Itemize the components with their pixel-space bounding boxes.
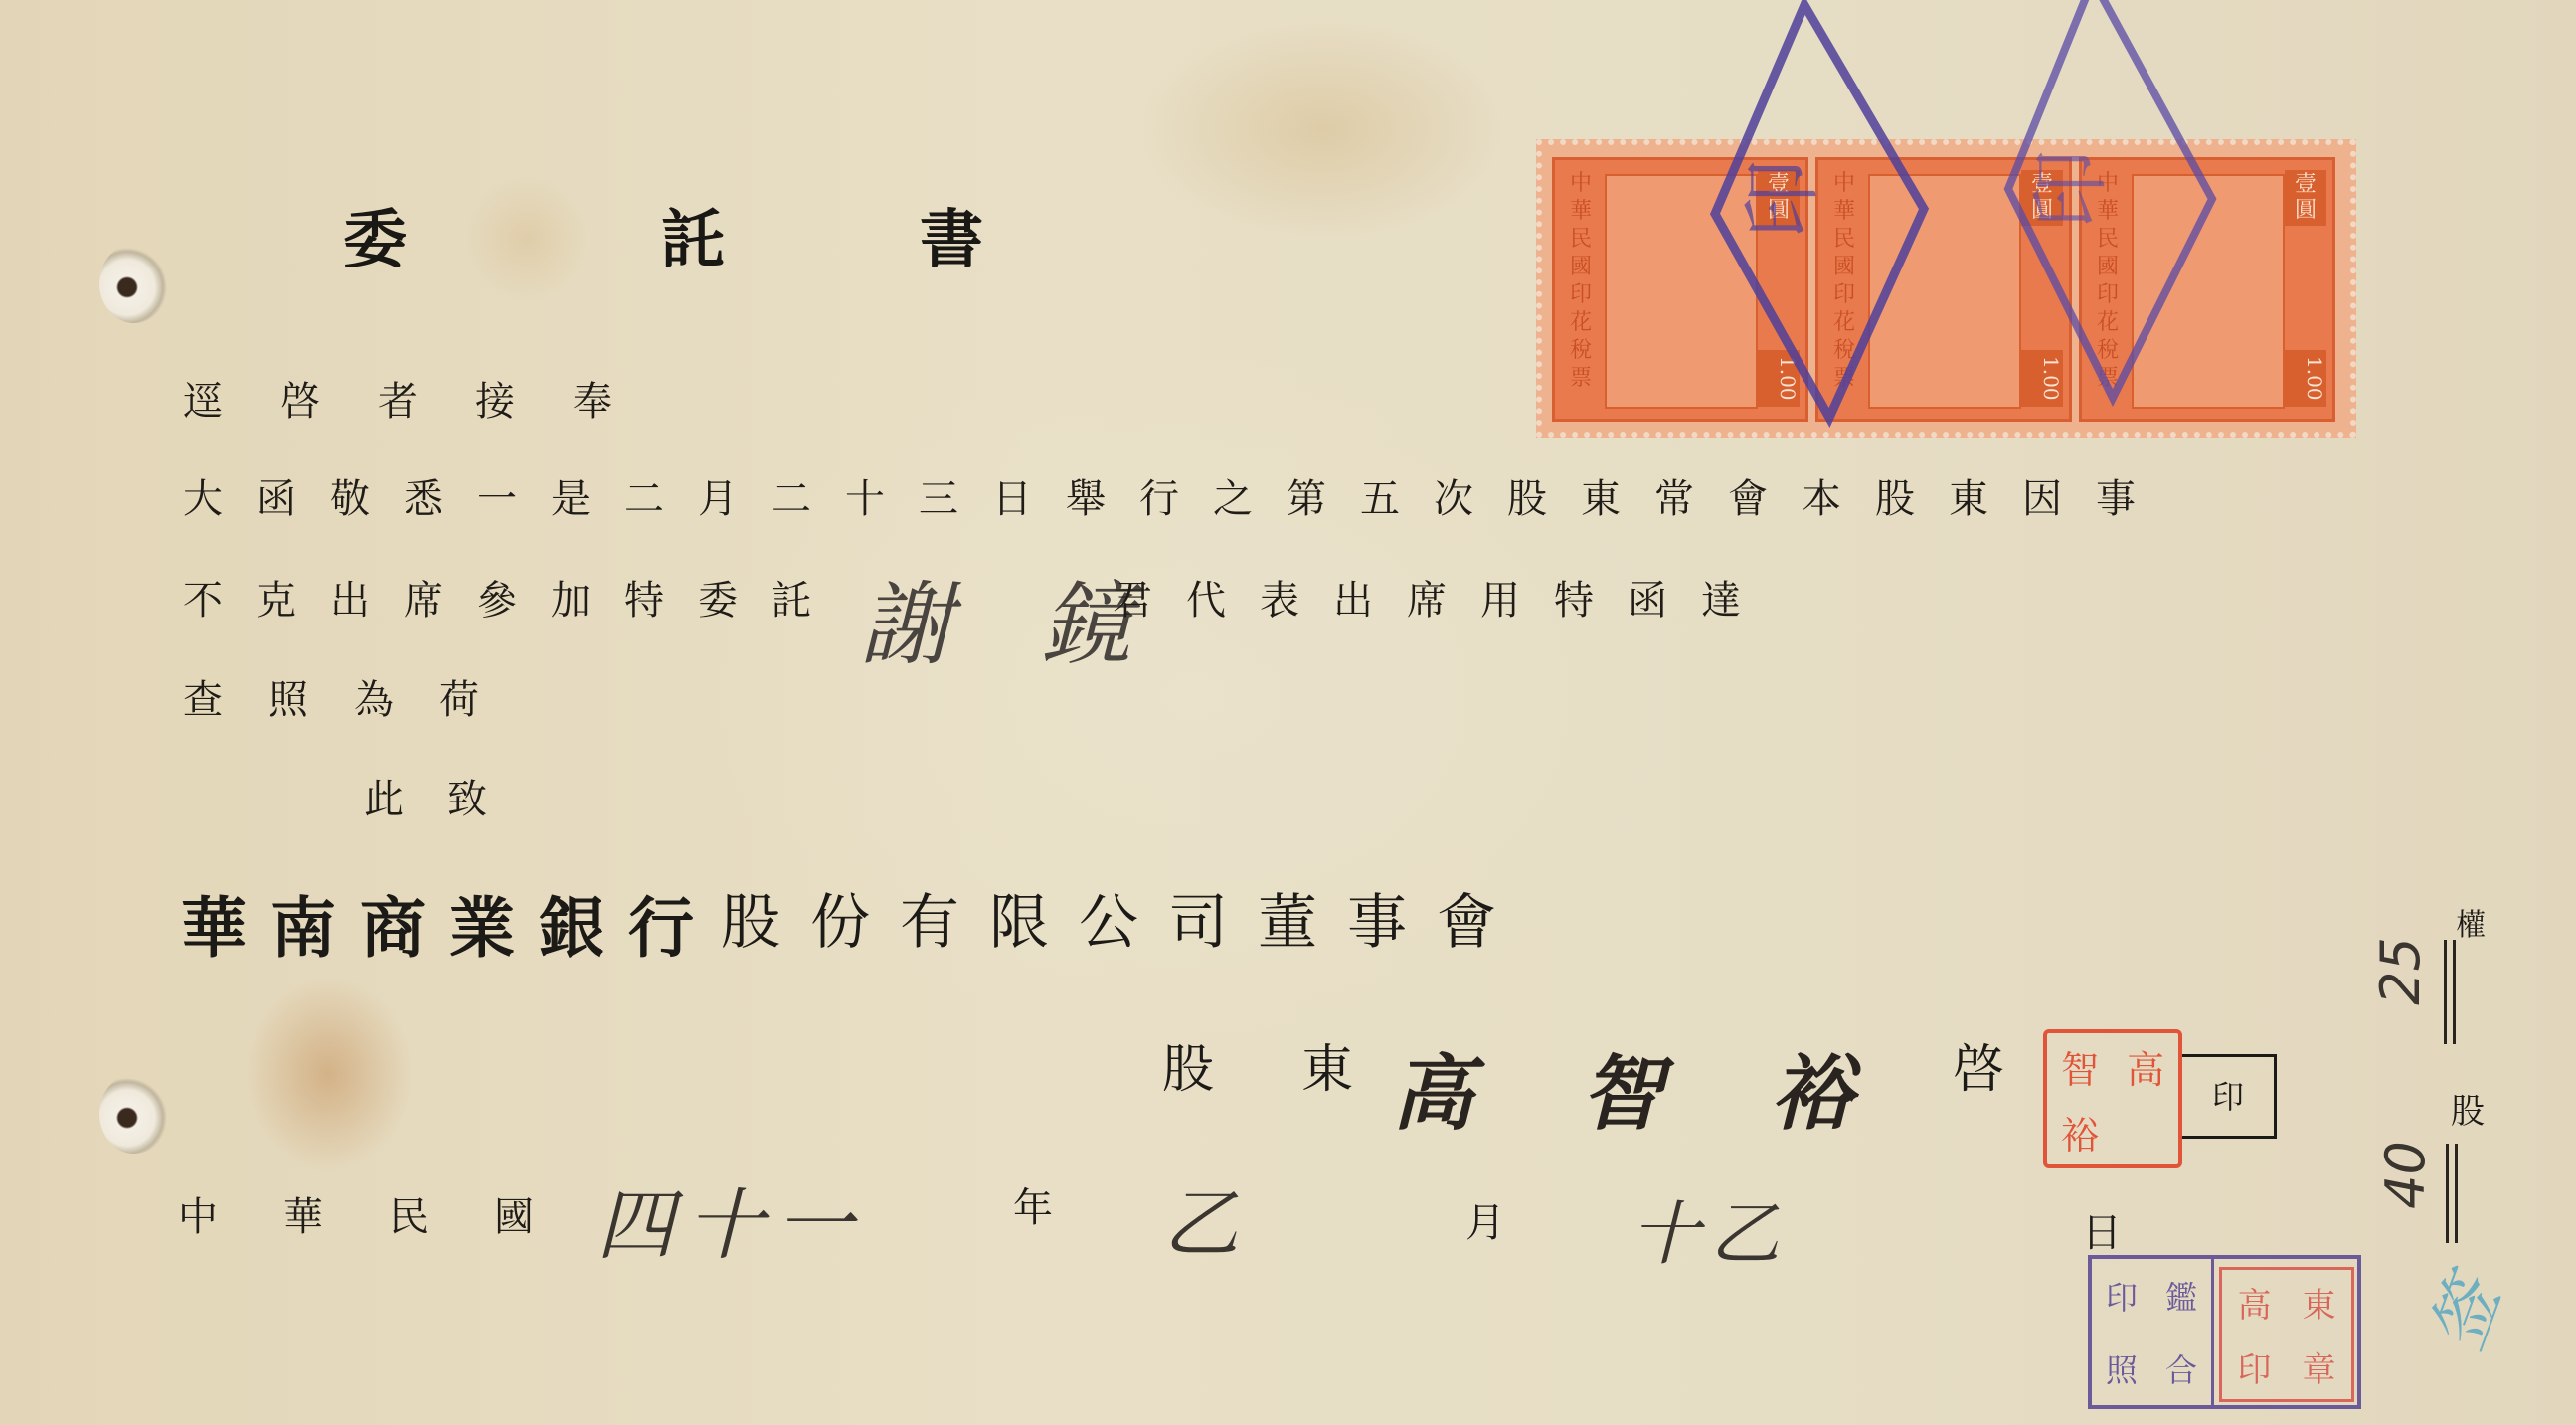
- text-char: 席: [400, 569, 447, 625]
- text-char: 奉: [569, 370, 616, 427]
- text-char: 公: [1064, 875, 1153, 970]
- text-char: 出: [1329, 569, 1377, 625]
- text-char: 華: [279, 1185, 327, 1242]
- month-handwritten: 乙: [1163, 1163, 1239, 1272]
- text-char: 一: [473, 467, 521, 524]
- body-line-2: 大 函 敬 悉 一 是 二 月 二 十 三 日 舉 行 之 第 五 次 股 東 …: [179, 467, 2140, 524]
- text-char: 事: [2092, 467, 2140, 524]
- text-char: 有: [885, 875, 974, 970]
- text-char: 表: [1256, 569, 1303, 625]
- text-char: 達: [1697, 569, 1745, 625]
- text-char: 荷: [435, 668, 483, 725]
- seal-verification-stamp: 印 鑑 照 合 高 東 印 章: [2088, 1255, 2361, 1409]
- text-char: 十: [841, 467, 889, 524]
- stamp-char: 照: [2106, 1345, 2138, 1391]
- text-char: 者: [374, 370, 422, 427]
- text-char: 特: [1550, 569, 1598, 625]
- body-line-4: 查 照 為 荷: [179, 668, 483, 725]
- text-char: 股: [706, 875, 795, 970]
- signatory-name-handwritten: 高 智 裕: [1392, 1029, 1892, 1146]
- verification-red-seal: 高 東 印 章: [2219, 1267, 2354, 1402]
- text-char: 行: [616, 875, 706, 970]
- svg-text:印: 印: [1736, 159, 1828, 239]
- strike-mark: [2446, 1144, 2458, 1243]
- text-char: 函: [1624, 569, 1671, 625]
- closing-char: 啓: [1949, 1044, 2008, 1096]
- year-label: 年: [1009, 1188, 1057, 1228]
- text-char: 逕: [179, 370, 227, 427]
- seal-char: 印: [2238, 1342, 2272, 1391]
- text-char: 為: [350, 668, 398, 725]
- body-line-3b: 君 代 表 出 席 用 特 函 達: [1109, 569, 1745, 625]
- day-handwritten: 十乙: [1631, 1178, 1790, 1279]
- stamp-issuer-text: 中華民國印花稅票: [1563, 170, 1599, 393]
- text-char: 華: [169, 875, 258, 970]
- text-char: 函: [253, 467, 300, 524]
- text-char: 會: [1724, 467, 1772, 524]
- seal-char: 章: [2303, 1342, 2336, 1391]
- shares-label: 股: [2451, 1084, 2485, 1133]
- verification-text: 印 鑑 照 合: [2092, 1259, 2214, 1405]
- text-char: 出: [326, 569, 374, 625]
- text-char: 限: [974, 875, 1064, 970]
- body-line-1: 逕 啓 者 接 奉: [179, 370, 616, 427]
- text-char: 次: [1430, 467, 1477, 524]
- text-char: 會: [1422, 875, 1511, 970]
- seal-char: 東: [2303, 1278, 2336, 1327]
- text-char: 查: [179, 668, 227, 725]
- text-char: 司: [1153, 875, 1243, 970]
- text-char: 克: [253, 569, 300, 625]
- personal-red-seal: 智 高 裕: [2043, 1029, 2182, 1168]
- text-char: 參: [473, 569, 521, 625]
- punch-hole-top: [99, 244, 169, 323]
- text-char: 代: [1182, 569, 1230, 625]
- text-char: 行: [1135, 467, 1183, 524]
- title-char-1: 委: [343, 189, 407, 280]
- text-char: 份: [795, 875, 885, 970]
- text-char: 因: [2018, 467, 2066, 524]
- text-char: 之: [1209, 467, 1257, 524]
- text-char: 本: [1798, 467, 1845, 524]
- svg-text:印: 印: [2024, 149, 2117, 229]
- text-char: 二: [620, 467, 668, 524]
- text-char: 中: [174, 1185, 222, 1242]
- text-char: 加: [547, 569, 595, 625]
- stamp-char: 鑑: [2165, 1273, 2197, 1319]
- text-char: 五: [1356, 467, 1404, 524]
- text-char: 股: [1503, 467, 1551, 524]
- text-char: 三: [915, 467, 962, 524]
- title-char-2: 託: [661, 189, 725, 280]
- text-char: 董: [1243, 875, 1332, 970]
- text-char: 民: [385, 1185, 432, 1242]
- text-char: 銀: [527, 875, 616, 970]
- text-char: 用: [1476, 569, 1524, 625]
- text-char: 月: [694, 467, 742, 524]
- stamp-char: 合: [2165, 1345, 2197, 1391]
- year-handwritten: 四十一: [597, 1163, 865, 1275]
- text-char: 敬: [326, 467, 374, 524]
- cancellation-diamond-icon: 印 印: [1690, 0, 2366, 438]
- seal-label-box: 印: [2182, 1054, 2277, 1139]
- text-char: 大: [179, 467, 227, 524]
- seal-char: 智: [2061, 1039, 2099, 1094]
- text-char: 致: [443, 768, 491, 824]
- text-char: 事: [1332, 875, 1422, 970]
- day-label: 日: [2078, 1213, 2126, 1253]
- shares-value-handwritten: 40: [2374, 1141, 2437, 1209]
- text-char: 股: [1871, 467, 1919, 524]
- text-char: 特: [620, 569, 668, 625]
- text-char: 二: [768, 467, 815, 524]
- text-char: 席: [1403, 569, 1451, 625]
- text-char: 南: [258, 875, 348, 970]
- seal-char: 高: [2238, 1278, 2272, 1327]
- signatory-label-2: 東: [1297, 1044, 1357, 1096]
- text-char: 君: [1109, 569, 1156, 625]
- text-char: 東: [1577, 467, 1625, 524]
- text-char: 東: [1945, 467, 1992, 524]
- seal-char: 高: [2127, 1039, 2164, 1094]
- signatory-label-1: 股: [1158, 1044, 1218, 1096]
- text-char: 國: [490, 1185, 538, 1242]
- text-char: 常: [1650, 467, 1698, 524]
- text-char: 接: [471, 370, 519, 427]
- text-char: 照: [264, 668, 312, 725]
- text-char: 悉: [400, 467, 447, 524]
- text-char: 啓: [276, 370, 324, 427]
- text-char: 第: [1283, 467, 1330, 524]
- text-char: 商: [348, 875, 437, 970]
- body-line-5: 此 致: [360, 768, 491, 824]
- text-char: 舉: [1062, 467, 1110, 524]
- title-char-3: 書: [920, 189, 983, 280]
- strike-mark: [2444, 940, 2456, 1044]
- month-label: 月: [1461, 1203, 1509, 1243]
- punch-hole-bottom: [99, 1074, 169, 1154]
- text-char: 不: [179, 569, 227, 625]
- text-char: 是: [547, 467, 595, 524]
- text-char: 業: [437, 875, 527, 970]
- text-char: 委: [694, 569, 742, 625]
- body-line-3a: 不 克 出 席 參 加 特 委 託: [179, 569, 815, 625]
- votes-value-handwritten: 25: [2369, 937, 2432, 1005]
- text-char: 此: [360, 768, 408, 824]
- text-char: 日: [988, 467, 1036, 524]
- text-char: 託: [768, 569, 815, 625]
- recipient-line: 華 南 商 業 銀 行 股 份 有 限 公 司 董 事 會: [169, 875, 1511, 970]
- stamp-char: 印: [2106, 1273, 2138, 1319]
- seal-char: 裕: [2061, 1105, 2099, 1159]
- votes-label: 權: [2456, 900, 2486, 944]
- date-era: 中 華 民 國: [174, 1185, 538, 1242]
